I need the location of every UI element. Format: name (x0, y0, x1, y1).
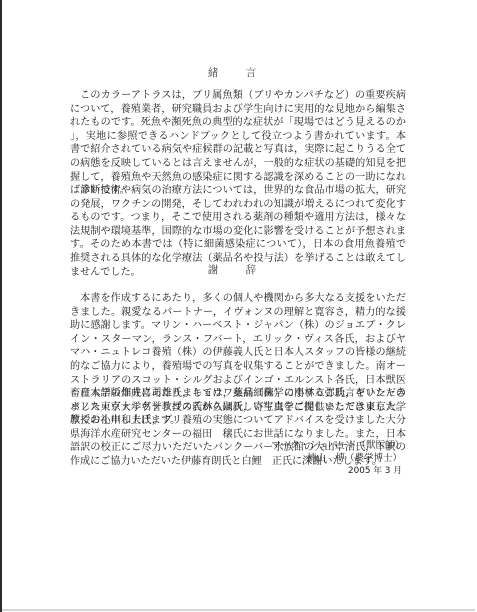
signature-author: マーク・シェパード（獣医師） (70, 440, 406, 453)
signature-block: マーク・シェパード（獣医師） 楠山 博（農学博士） 2005 年 3 月 (70, 440, 406, 478)
preface-title: 緒 言 (70, 66, 406, 80)
signature-translator: 楠山 博（農学博士） (70, 453, 406, 466)
signature-date: 2005 年 3 月 (70, 465, 406, 478)
acknowledgments-title: 謝 辞 (70, 263, 406, 277)
page-left-border (0, 0, 2, 612)
page-bottom-edge (2, 609, 475, 611)
preface-paragraph-1: このカラーアトラスは，ブリ属魚類（ブリやカンパチなど）の重要疾病について，養殖業… (70, 89, 406, 198)
